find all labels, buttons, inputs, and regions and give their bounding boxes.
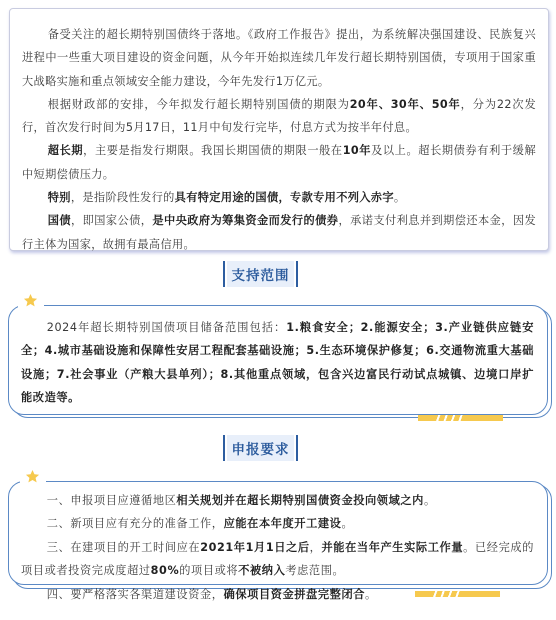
section-title: 支持范围 xyxy=(227,261,294,287)
paragraph: 三、在建项目的开工时间应在2021年1月1日之后，并能在当年产生实际工作量。已经… xyxy=(21,536,534,583)
paragraph: 一、申报项目应遵循地区相关规划并在超长期特别国债资金投向领域之内。 xyxy=(21,489,534,512)
stripe-decoration xyxy=(415,591,500,597)
paragraph: 特别，是指阶段性发行的具有特定用途的国债，专款专用不列入赤字。 xyxy=(22,186,536,209)
paragraph: 根据财政部的安排，今年拟发行超长期特别国债的期限为20年、30年、50年，分为2… xyxy=(22,93,536,140)
paragraph: 2024年超长期特别国债项目储备范围包括：1.粮食安全；2.能源安全；3.产业链… xyxy=(21,316,534,410)
paragraph: 超长期，主要是指发行期限。我国长期国债的期限一般在10年及以上。超长期债券有利于… xyxy=(22,139,536,186)
paragraph: 二、新项目应有充分的准备工作，应能在本年度开工建设。 xyxy=(21,512,534,535)
section-heading-application-requirements: 申报要求 xyxy=(223,435,298,461)
application-requirements-box: 一、申报项目应遵循地区相关规划并在超长期特别国债资金投向领域之内。二、新项目应有… xyxy=(8,481,548,585)
star-icon xyxy=(23,293,38,308)
section-heading-support-scope: 支持范围 xyxy=(223,261,298,287)
support-scope-content: 2024年超长期特别国债项目储备范围包括：1.粮食安全；2.能源安全；3.产业链… xyxy=(9,316,547,410)
application-requirements-content: 一、申报项目应遵循地区相关规划并在超长期特别国债资金投向领域之内。二、新项目应有… xyxy=(9,489,547,606)
section-title: 申报要求 xyxy=(227,435,294,461)
paragraph: 备受关注的超长期特别国债终于落地。《政府工作报告》提出，为系统解决强国建设、民族… xyxy=(22,23,536,93)
star-icon xyxy=(25,469,40,484)
paragraph: 国债，即国家公债，是中央政府为筹集资金而发行的债券，承诺支付利息并到期偿还本金，… xyxy=(22,209,536,256)
intro-paragraphs: 备受关注的超长期特别国债终于落地。《政府工作报告》提出，为系统解决强国建设、民族… xyxy=(22,23,536,256)
support-scope-box: 2024年超长期特别国债项目储备范围包括：1.粮食安全；2.能源安全；3.产业链… xyxy=(8,305,548,415)
stripe-decoration xyxy=(418,415,503,421)
intro-card: 备受关注的超长期特别国债终于落地。《政府工作报告》提出，为系统解决强国建设、民族… xyxy=(9,8,549,251)
